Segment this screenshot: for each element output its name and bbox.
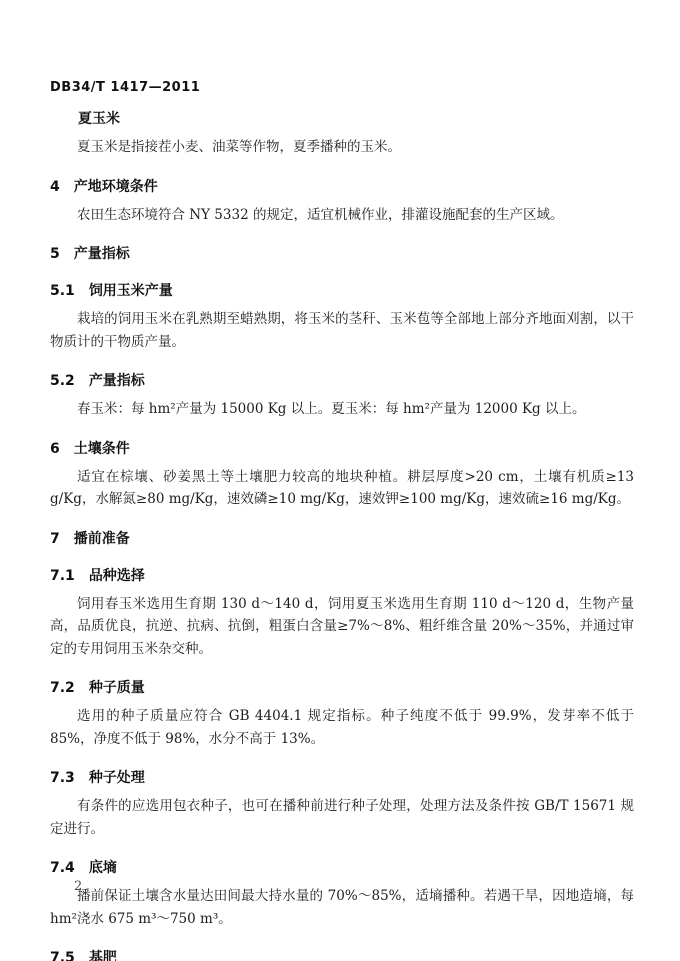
body-paragraph: 农田生态环境符合 NY 5332 的规定，适宜机械作业，排灌设施配套的生产区域。 bbox=[50, 204, 634, 227]
clause-heading-7-4: 7.4底墒 bbox=[50, 857, 634, 877]
body-paragraph: 播前保证土壤含水量达田间最大持水量的 70%～85%，适墒播种。若遇干旱，因地造… bbox=[50, 885, 634, 930]
clause-title: 播前准备 bbox=[74, 531, 130, 547]
clause-number: 7.4 bbox=[50, 860, 75, 876]
clause-number: 4 bbox=[50, 179, 60, 195]
clause-title: 基肥 bbox=[89, 950, 117, 961]
body-paragraph: 适宜在棕壤、砂姜黑土等土壤肥力较高的地块种植。耕层厚度>20 cm，土壤有机质≥… bbox=[50, 466, 634, 511]
clause-number: 7.5 bbox=[50, 950, 75, 961]
clause-number: 7 bbox=[50, 531, 60, 547]
body-paragraph: 春玉米：每 hm²产量为 15000 Kg 以上。夏玉米：每 hm²产量为 12… bbox=[50, 398, 634, 421]
clause-heading-5: 5产量指标 bbox=[50, 243, 634, 263]
body-paragraph: 夏玉米是指接茬小麦、油菜等作物，夏季播种的玉米。 bbox=[50, 136, 634, 159]
clause-number: 7.3 bbox=[50, 770, 75, 786]
body-paragraph: 饲用春玉米选用生育期 130 d～140 d，饲用夏玉米选用生育期 110 d～… bbox=[50, 593, 634, 661]
clause-title: 产量指标 bbox=[89, 373, 145, 389]
body-paragraph: 栽培的饲用玉米在乳熟期至蜡熟期，将玉米的茎秆、玉米苞等全部地上部分齐地面刈割，以… bbox=[50, 308, 634, 353]
clause-number: 7.1 bbox=[50, 568, 75, 584]
document-content: DB34/T 1417—2011 夏玉米 夏玉米是指接茬小麦、油菜等作物，夏季播… bbox=[50, 80, 634, 961]
clause-title: 土壤条件 bbox=[74, 441, 130, 457]
clause-number: 5.1 bbox=[50, 283, 75, 299]
clause-number: 7.2 bbox=[50, 680, 75, 696]
clause-number: 5 bbox=[50, 246, 60, 262]
clause-heading-7-1: 7.1品种选择 bbox=[50, 565, 634, 585]
clause-heading-7-2: 7.2种子质量 bbox=[50, 677, 634, 697]
body-paragraph: 有条件的应选用包衣种子，也可在播种前进行种子处理，处理方法及条件按 GB/T 1… bbox=[50, 795, 634, 840]
body-paragraph: 选用的种子质量应符合 GB 4404.1 规定指标。种子纯度不低于 99.9%，… bbox=[50, 705, 634, 750]
clause-heading-5-1: 5.1饲用玉米产量 bbox=[50, 280, 634, 300]
clause-title: 产量指标 bbox=[74, 246, 130, 262]
clause-number: 6 bbox=[50, 441, 60, 457]
document-page: DB34/T 1417—2011 夏玉米 夏玉米是指接茬小麦、油菜等作物，夏季播… bbox=[0, 0, 680, 961]
clause-heading-5-2: 5.2产量指标 bbox=[50, 370, 634, 390]
clause-title: 种子处理 bbox=[89, 770, 145, 786]
clause-heading-6: 6土壤条件 bbox=[50, 438, 634, 458]
clause-heading-7-3: 7.3种子处理 bbox=[50, 767, 634, 787]
page-number: 2 bbox=[74, 879, 82, 894]
clause-title: 饲用玉米产量 bbox=[89, 283, 173, 299]
clause-title: 产地环境条件 bbox=[74, 179, 158, 195]
term-heading-summer-corn: 夏玉米 bbox=[78, 108, 634, 128]
clause-heading-4: 4产地环境条件 bbox=[50, 176, 634, 196]
clause-title: 底墒 bbox=[89, 860, 117, 876]
clause-title: 种子质量 bbox=[89, 680, 145, 696]
clause-heading-7: 7播前准备 bbox=[50, 528, 634, 548]
clause-title: 品种选择 bbox=[89, 568, 145, 584]
clause-number: 5.2 bbox=[50, 373, 75, 389]
clause-heading-7-5: 7.5基肥 bbox=[50, 947, 634, 961]
standard-number: DB34/T 1417—2011 bbox=[50, 80, 634, 95]
